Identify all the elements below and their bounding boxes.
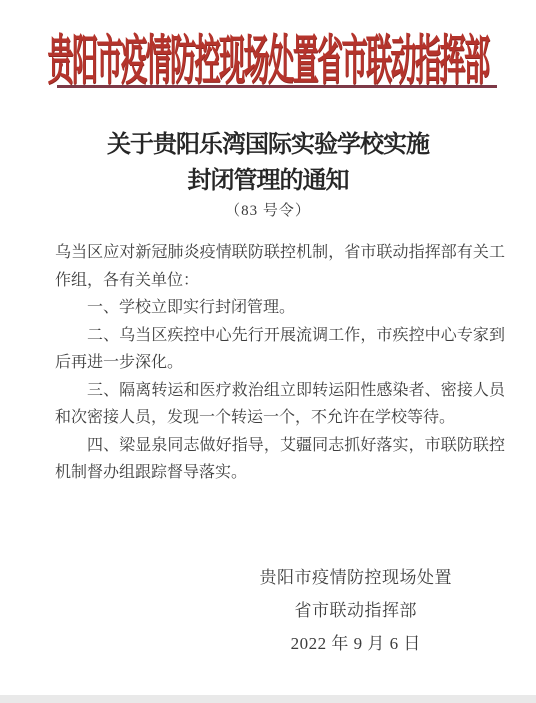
letterhead-rule: [57, 85, 497, 88]
notice-document: 贵阳市疫情防控现场处置省市联动指挥部 关于贵阳乐湾国际实验学校实施 封闭管理的通…: [0, 0, 536, 703]
body-paragraph: 乌当区应对新冠肺炎疫情联防联控机制，省市联动指挥部有关工作组，各有关单位：: [55, 239, 505, 294]
signature-inner: 贵阳市疫情防控现场处置 省市联动指挥部 2022 年 9 月 6 日: [260, 561, 453, 660]
document-title: 关于贵阳乐湾国际实验学校实施 封闭管理的通知: [0, 127, 536, 199]
body-paragraph: 二、乌当区疾控中心先行开展流调工作，市疾控中心专家到后再进一步深化。: [55, 322, 505, 377]
body-paragraph: 一、学校立即实行封闭管理。: [55, 294, 505, 322]
signature-date: 2022 年 9 月 6 日: [260, 627, 453, 660]
document-body: 乌当区应对新冠肺炎疫情联防联控机制，省市联动指挥部有关工作组，各有关单位：一、学…: [55, 239, 505, 487]
body-paragraph: 四、梁显泉同志做好指导，艾疆同志抓好落实，市联防联控机制督办组跟踪督导落实。: [55, 432, 505, 487]
scan-edge-strip: [0, 695, 536, 703]
body-paragraph: 三、隔离转运和医疗救治组立即转运阳性感染者、密接人员和次密接人员，发现一个转运一…: [55, 377, 505, 432]
signature-org-line1: 贵阳市疫情防控现场处置: [260, 561, 453, 594]
order-number: （83 号令）: [0, 199, 536, 220]
letterhead-org-name: 贵阳市疫情防控现场处置省市联动指挥部: [0, 19, 536, 95]
signature-org-line2: 省市联动指挥部: [260, 594, 453, 627]
document-title-line2: 封闭管理的通知: [0, 163, 536, 199]
signature-block: 贵阳市疫情防控现场处置 省市联动指挥部 2022 年 9 月 6 日: [0, 561, 452, 660]
document-title-line1: 关于贵阳乐湾国际实验学校实施: [0, 127, 536, 163]
